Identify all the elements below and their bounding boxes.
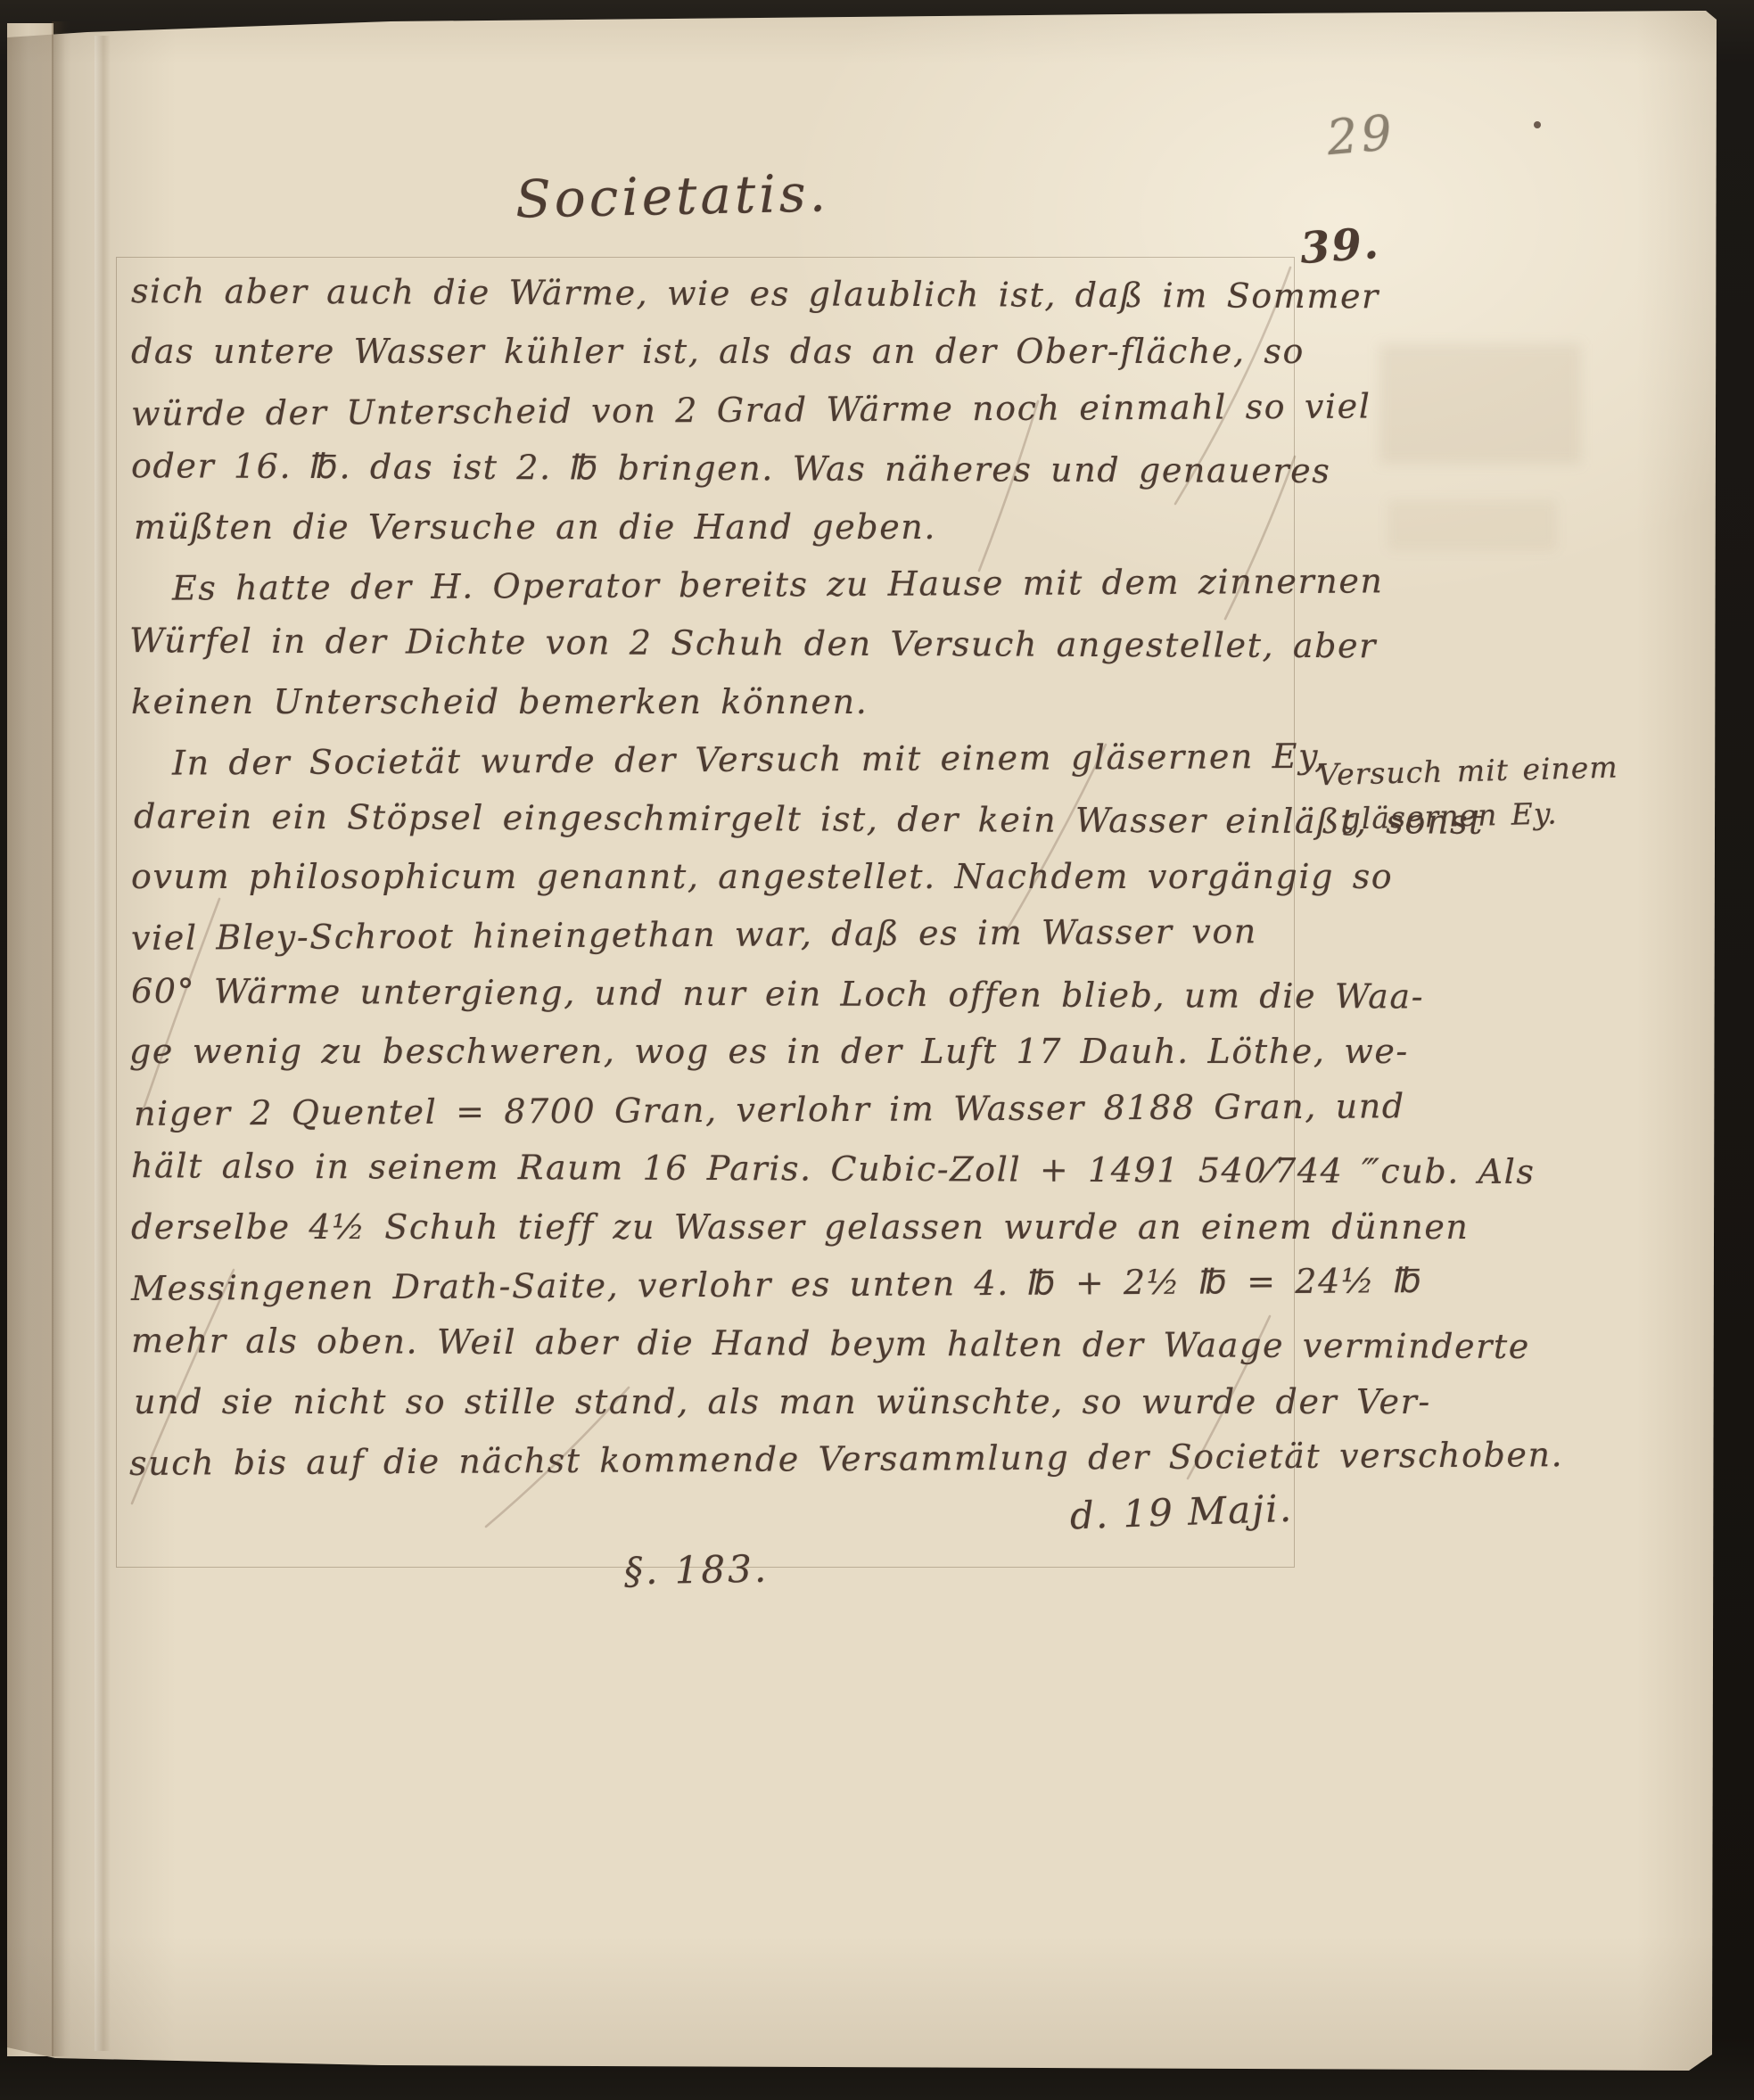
page-fold-shadow bbox=[95, 36, 111, 2051]
pencil-folio-number: 29 bbox=[1324, 104, 1397, 166]
manuscript-line: ovum philosophicum genannt, angestellet.… bbox=[131, 848, 1281, 906]
manuscript-line: würde der Unterscheid von 2 Grad Wärme n… bbox=[131, 378, 1281, 443]
manuscript-line: Messingenen Drath-Saite, verlohr es unte… bbox=[131, 1253, 1281, 1318]
manuscript-scan: 29 39. Societatis. sich aber auch die Wä… bbox=[0, 0, 1754, 2100]
manuscript-line: Es hatte der H. Operator bereits zu Haus… bbox=[131, 553, 1281, 618]
margin-note-line: gläsernen Ey. bbox=[1341, 790, 1619, 842]
manuscript-line: das untere Wasser kühler ist, als das an… bbox=[131, 323, 1281, 381]
entry-date: d. 19 Maji. bbox=[1025, 1486, 1294, 1539]
manuscript-line: derselbe 4½ Schuh tieff zu Wasser gelass… bbox=[131, 1198, 1281, 1256]
manuscript-line: niger 2 Quentel = 8700 Gran, verlohr im … bbox=[134, 1078, 1281, 1143]
previous-page-edge bbox=[7, 23, 54, 2056]
manuscript-line: ge wenig zu beschweren, wog es in der Lu… bbox=[129, 1023, 1281, 1081]
manuscript-line: In der Societät wurde der Versuch mit ei… bbox=[131, 728, 1281, 793]
margin-note-line: Versuch mit einem bbox=[1317, 745, 1618, 798]
binding-crease bbox=[52, 21, 71, 2056]
manuscript-line: sich aber auch die Wärme, wie es glaubli… bbox=[131, 262, 1281, 325]
manuscript-line: oder 16. ℔. das ist 2. ℔ bringen. Was nä… bbox=[131, 437, 1281, 500]
manuscript-line: darein ein Stöpsel eingeschmirgelt ist, … bbox=[134, 787, 1281, 851]
manuscript-line: und sie nicht so stille stand, als man w… bbox=[134, 1373, 1281, 1431]
section-reference: §. 183. bbox=[624, 1547, 770, 1594]
main-text-block: sich aber auch die Wärme, wie es glaubli… bbox=[116, 257, 1295, 1568]
ink-bleedthrough-patch bbox=[1379, 344, 1581, 464]
manuscript-line: keinen Unterscheid bemerken können. bbox=[131, 673, 1281, 731]
manuscript-line: hält also in seinem Raum 16 Paris. Cubic… bbox=[131, 1137, 1281, 1200]
manuscript-line: mehr als oben. Weil aber die Hand beym h… bbox=[131, 1312, 1281, 1375]
manuscript-line: müßten die Versuche an die Hand geben. bbox=[134, 498, 1281, 556]
ink-dot bbox=[1534, 121, 1541, 128]
manuscript-line: viel Bley-Schroot hineingethan war, daß … bbox=[131, 903, 1281, 968]
page-title: Societatis. bbox=[515, 162, 829, 229]
manuscript-line: 60° Wärme untergieng, und nur ein Loch o… bbox=[131, 962, 1281, 1025]
manuscript-line: Würfel in der Dichte von 2 Schuh den Ver… bbox=[129, 613, 1281, 676]
ink-bleedthrough-patch bbox=[1388, 499, 1557, 551]
entry-number: 39. bbox=[1298, 218, 1381, 274]
manuscript-line: such bis auf die nächst kommende Versamm… bbox=[129, 1428, 1281, 1493]
margin-note: Versuch mit einem gläsernen Ey. bbox=[1317, 745, 1620, 843]
